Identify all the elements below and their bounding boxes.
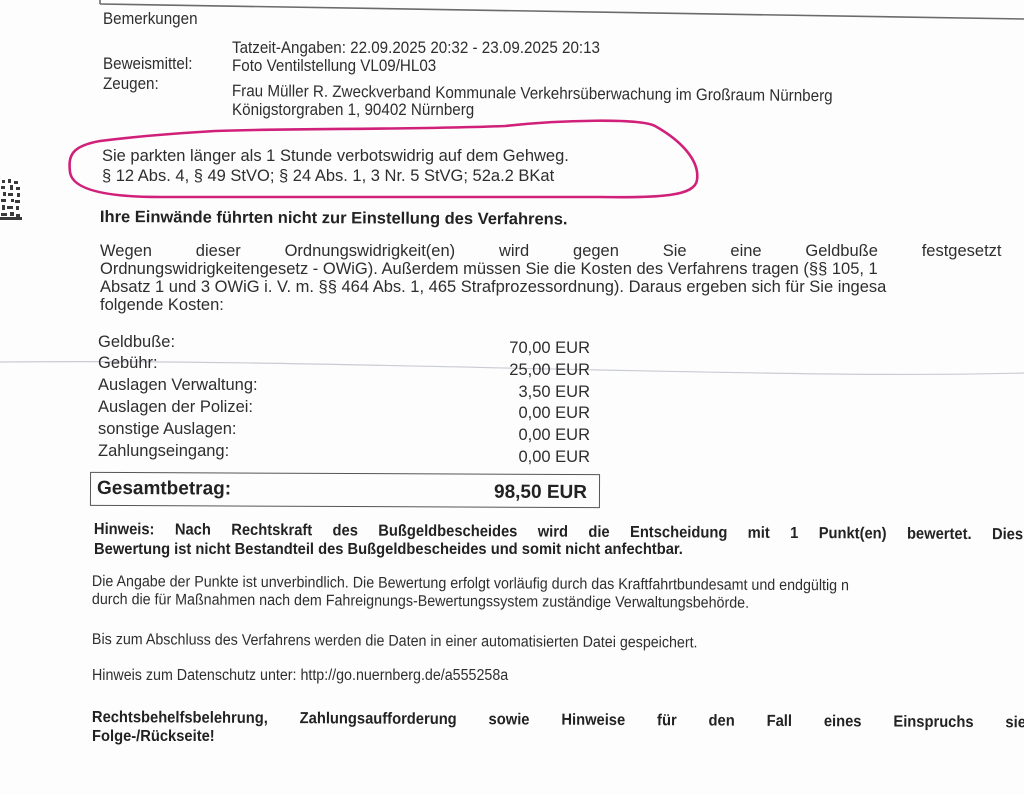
cost-amount: 0,00 EUR <box>460 425 590 445</box>
legal-remedy-word: Rechtsbehelfsbelehrung, <box>92 708 268 729</box>
witness-label: Zeugen: <box>103 74 159 94</box>
legal-remedy-line-2: Folge-/Rückseite! <box>92 727 215 747</box>
cost-amount: 70,00 EUR <box>460 338 590 358</box>
cost-label: sonstige Auslagen: <box>98 419 237 439</box>
points-notice-word: Nach <box>175 520 211 540</box>
points-notice-word: Dies <box>992 525 1023 545</box>
explanation-line-3: Absatz 1 und 3 OWiG i. V. m. §§ 464 Abs.… <box>100 277 886 297</box>
points-notice-word: Hinweis: <box>94 520 155 540</box>
cost-amount: 0,00 EUR <box>460 403 590 423</box>
privacy-notice: Hinweis zum Datenschutz unter: http://go… <box>92 666 508 686</box>
legal-remedy-word: Fall <box>767 712 792 732</box>
legal-remedy-word: Hinweise <box>561 711 625 731</box>
points-notice-line-2: Bewertung ist nicht Bestandteil des Bußg… <box>94 540 683 560</box>
points-notice-word: mit <box>748 524 770 544</box>
cost-amount: 3,50 EUR <box>460 382 590 402</box>
explanation-word: Ordnungswidrigkeit(en) <box>285 241 456 261</box>
evidence-label: Beweismittel: <box>103 54 192 74</box>
offense-time-range: Tatzeit-Angaben: 22.09.2025 20:32 - 23.0… <box>232 38 600 58</box>
explanation-word: festgesetzt <box>922 241 1002 261</box>
points-notice-word: 1 <box>790 524 798 544</box>
legal-remedy-line-1: Rechtsbehelfsbelehrung,Zahlungsaufforder… <box>92 708 1024 733</box>
privacy-text: Hinweis zum Datenschutz unter: <box>92 667 300 684</box>
explanation-word: Sie <box>663 241 687 261</box>
explanation-line-1: WegendieserOrdnungswidrigkeit(en)wirdgeg… <box>100 241 1024 261</box>
points-notice-word: Rechtskraft <box>231 521 312 541</box>
explanation-word: eine <box>730 241 761 261</box>
data-storage-notice: Bis zum Abschluss des Verfahrens werden … <box>92 630 698 653</box>
total-label: Gesamtbetrag: <box>97 478 231 501</box>
datamatrix-barcode <box>0 178 22 220</box>
cost-label: Gebühr: <box>98 353 158 373</box>
total-amount: 98,50 EUR <box>494 482 587 504</box>
explanation-word: Wegen <box>100 241 152 261</box>
legal-remedy-word: Einspruchs <box>893 713 973 733</box>
cost-amount: 25,00 EUR <box>460 360 590 380</box>
legal-remedy-word: sowie <box>489 710 530 730</box>
objection-result: Ihre Einwände führten nicht zur Einstell… <box>100 207 568 229</box>
legal-remedy-word: den <box>709 712 735 732</box>
legal-remedy-word: eines <box>824 712 862 732</box>
legal-remedy-word: für <box>657 711 677 731</box>
legal-remedy-word: Zahlungsaufforderung <box>300 709 457 730</box>
explanation-word: Geldbuße <box>805 241 877 261</box>
witness-line-2: Königstorgraben 1, 90402 Nürnberg <box>232 100 474 120</box>
cost-label: Auslagen Verwaltung: <box>98 375 258 395</box>
privacy-link[interactable]: http://go.nuernberg.de/a555258a <box>300 667 508 684</box>
scanned-document-page: Bemerkungen Tatzeit-Angaben: 22.09.2025 … <box>0 0 1024 795</box>
legal-remedy-word: sieh <box>1005 713 1024 733</box>
offense-legal-references: § 12 Abs. 4, § 49 StVO; § 24 Abs. 1, 3 N… <box>102 166 554 186</box>
explanation-word: wird <box>499 241 529 261</box>
points-notice-word: des <box>333 521 358 541</box>
evidence-value: Foto Ventilstellung VL09/HL03 <box>232 56 436 76</box>
explanation-word: gegen <box>573 241 619 261</box>
points-notice-word: bewertet. <box>907 525 972 545</box>
points-notice-word: Punkt(en) <box>819 524 887 544</box>
cost-label: Geldbuße: <box>98 332 175 352</box>
total-box: Gesamtbetrag: 98,50 EUR <box>90 472 600 508</box>
cost-label: Zahlungseingang: <box>98 441 229 461</box>
points-info-line-2: durch die für Maßnahmen nach dem Fahreig… <box>92 590 749 614</box>
explanation-line-4: folgende Kosten: <box>100 295 224 315</box>
explanation-line-2: Ordnungswidrigkeitengesetz - OWiG). Auße… <box>100 259 878 279</box>
explanation-word: dieser <box>196 241 241 261</box>
frame-top-line <box>100 4 1024 19</box>
remarks-heading: Bemerkungen <box>103 9 198 29</box>
cost-amount: 0,00 EUR <box>460 447 590 467</box>
cost-label: Auslagen der Polizei: <box>98 397 253 417</box>
offense-description: Sie parkten länger als 1 Stunde verbotsw… <box>102 146 569 166</box>
